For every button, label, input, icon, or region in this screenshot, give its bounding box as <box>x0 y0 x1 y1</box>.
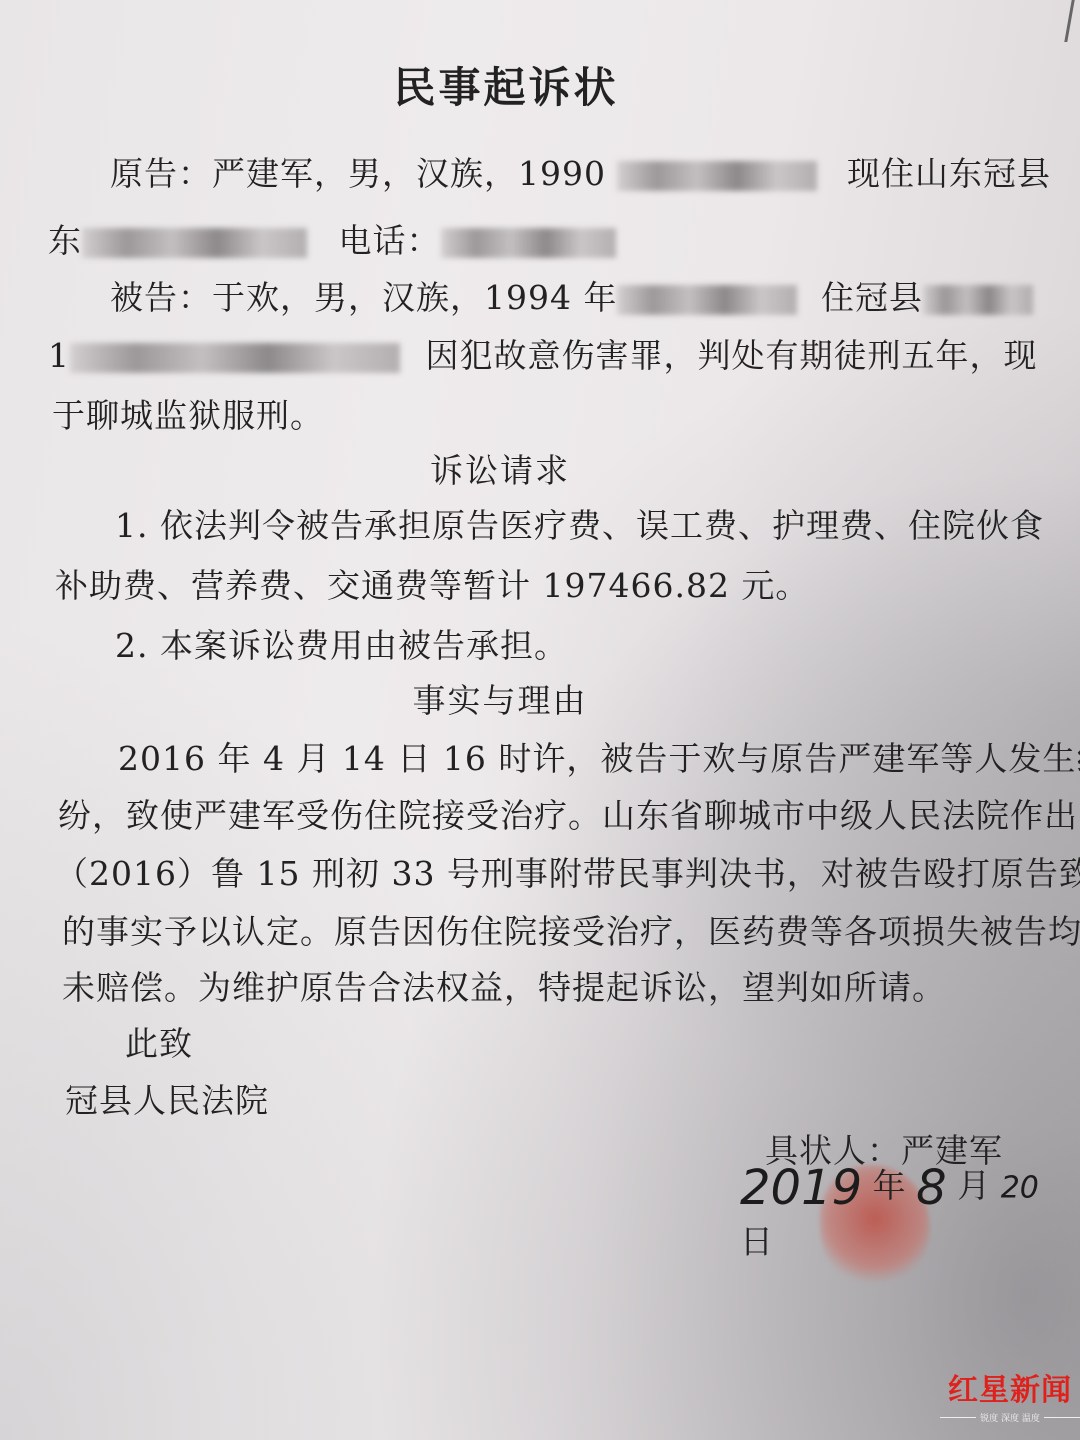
handwritten-day: 20 <box>1001 1171 1039 1206</box>
corner-handwriting-mark <box>1064 0 1080 42</box>
defendant-info: 被告：于欢，男，汉族，1994 年 <box>110 278 617 317</box>
watermark-brand: 红星新闻 <box>940 1365 1080 1409</box>
watermark-tagline: 锐度 深度 温度 <box>940 1411 1080 1424</box>
watermark-logo: 红星新闻 锐度 深度 温度 <box>940 1365 1080 1424</box>
facts-line-4: 的事实予以认定。原告因伤住院接受治疗，医药费等各项损失被告均 <box>62 906 1080 953</box>
redacted-defendant-address <box>923 285 1033 315</box>
year-suffix: 年 <box>873 1166 906 1205</box>
plaintiff-line-1: 原告：严建军，男，汉族，1990 现住山东冠县 <box>110 148 1051 195</box>
claims-heading: 诉讼请求 <box>0 445 1000 492</box>
defendant-address-prefix: 1 <box>48 336 70 375</box>
facts-line-1: 2016 年 4 月 14 日 16 时许，被告于欢与原告严建军等人发生纠 <box>118 733 1080 780</box>
document-title: 民事起诉状 <box>0 55 1012 115</box>
claim-1-line-2: 补助费、营养费、交通费等暂计 197466.82 元。 <box>55 560 809 607</box>
handwritten-year: 2019 <box>740 1160 862 1216</box>
plaintiff-info: 原告：严建军，男，汉族，1990 <box>110 154 617 193</box>
month-suffix: 月 <box>957 1166 990 1205</box>
day-suffix: 日 <box>740 1222 773 1261</box>
plaintiff-address-prefix: 东 <box>48 221 82 260</box>
claim-2: 2. 本案诉讼费用由被告承担。 <box>115 620 568 667</box>
handwritten-month: 8 <box>916 1160 947 1216</box>
defendant-line-1: 被告：于欢，男，汉族，1994 年 住冠县 <box>110 272 1033 319</box>
redacted-phone <box>441 228 616 258</box>
defendant-sentence: 因犯故意伤害罪，判处有期徒刑五年，现 <box>426 336 1038 375</box>
facts-heading: 事实与理由 <box>0 675 1000 722</box>
redacted-defendant-birthdate <box>617 285 797 315</box>
claim-1-line-1: 1. 依法判令被告承担原告医疗费、误工费、护理费、住院伙食 <box>115 500 1044 547</box>
phone-label: 电话： <box>339 221 441 260</box>
redacted-defendant-address-2 <box>70 343 400 373</box>
redacted-birthdate <box>617 161 817 191</box>
redacted-address <box>82 228 307 258</box>
closing-salutation: 此致 <box>125 1018 193 1065</box>
plaintiff-line-2: 东 电话： <box>48 215 616 262</box>
facts-line-3: （2016）鲁 15 刑初 33 号刑事附带民事判决书，对被告殴打原告致伤 <box>55 848 1080 895</box>
defendant-line-2: 1 因犯故意伤害罪，判处有期徒刑五年，现 <box>48 330 1038 377</box>
defendant-line-3: 于聊城监狱服刑。 <box>52 390 324 437</box>
facts-line-2: 纷，致使严建军受伤住院接受治疗。山东省聊城市中级人民法院作出 <box>58 790 1078 837</box>
plaintiff-address-start: 现住山东冠县 <box>847 154 1051 193</box>
defendant-address-start: 住冠县 <box>821 278 923 317</box>
court-name: 冠县人民法院 <box>65 1075 269 1122</box>
facts-line-5: 未赔偿。为维护原告合法权益，特提起诉讼，望判如所请。 <box>62 962 946 1009</box>
signature-date: 2019 年 8 月 20 日 <box>740 1160 1080 1263</box>
